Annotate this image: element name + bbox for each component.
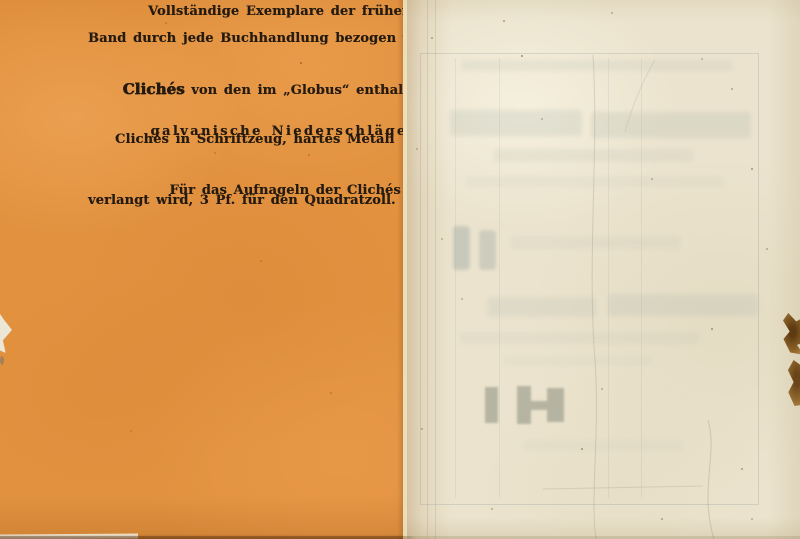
paper-crease-lines bbox=[403, 0, 800, 539]
text-line-3-rest: von den im „Globus“ enthaltenen Illustr bbox=[185, 83, 403, 98]
right-page bbox=[403, 0, 800, 539]
text-line-7: verlangt wird, 3 Pf. für den Quadratzoll… bbox=[88, 192, 396, 209]
paper-specks-left bbox=[300, 62, 302, 64]
edge-speck bbox=[0, 356, 4, 365]
left-page: Vollständige Exemplare der früheren Bänd… bbox=[0, 0, 403, 539]
book-spread-scan: { "document": { "description_label": "Sc… bbox=[0, 0, 800, 539]
torn-edge-notch bbox=[0, 311, 12, 353]
text-line-5: Clichés in Schriftzeug, hartes Metall . … bbox=[115, 131, 403, 148]
text-line-1: Vollständige Exemplare der früheren Bänd bbox=[148, 3, 403, 20]
text-line-2: Band durch jede Buchhandlung bezogen wer… bbox=[88, 30, 403, 47]
foxing-specks bbox=[503, 20, 505, 22]
text-line-3-lead: Clichés bbox=[123, 80, 185, 98]
